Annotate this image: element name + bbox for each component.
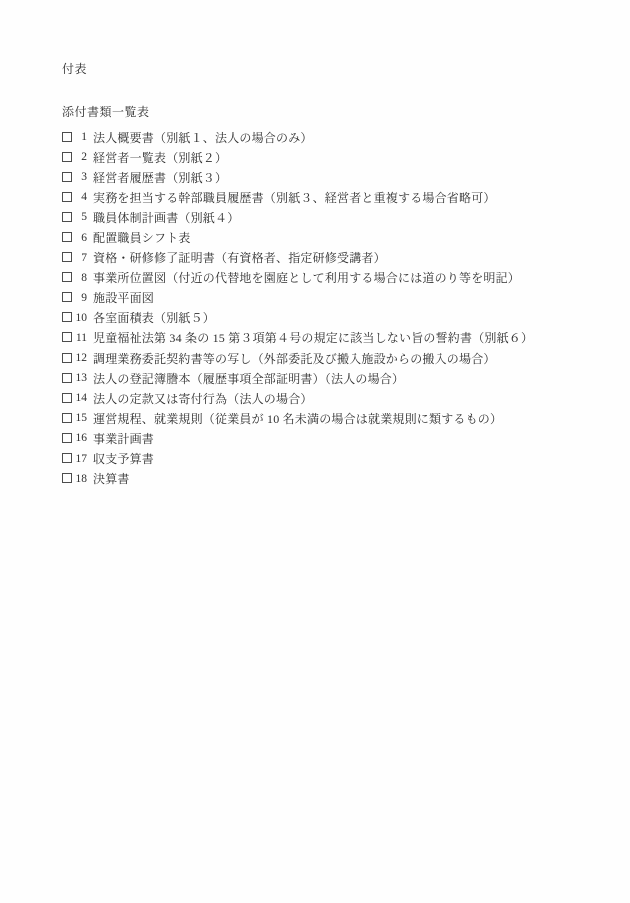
checkbox-icon [62,312,72,322]
checklist-item: 9 施設平面図 [62,288,610,308]
document-body: 付表 添付書類一覧表 1 法人概要書（別紙１、法人の場合のみ） 2 経営者一覧表… [62,62,610,489]
item-text: 実務を担当する幹部職員履歴書（別紙３、経営者と重複する場合省略可） [87,189,496,206]
checkbox-icon [62,453,72,463]
checkbox-icon [62,353,72,363]
checklist-item: 1 法人概要書（別紙１、法人の場合のみ） [62,127,610,147]
checkbox-icon [62,252,72,262]
checkbox-icon [62,332,72,342]
checklist-item: 13 法人の登記簿謄本（履歴事項全部証明書）（法人の場合） [62,368,610,388]
item-text: 配置職員シフト表 [87,229,191,246]
checklist-item: 3 経営者履歴書（別紙３） [62,167,610,187]
checklist-item: 12 調理業務委託契約書等の写し（外部委託及び搬入施設からの搬入の場合） [62,348,610,368]
item-number: 2 [72,151,87,163]
checklist-item: 18 決算書 [62,469,610,489]
item-text: 収支予算書 [87,450,154,467]
checkbox-icon [62,473,72,483]
checkbox-icon [62,413,72,423]
checklist-item: 5 職員体制計画書（別紙４） [62,207,610,227]
checkbox-icon [62,272,72,282]
item-text: 運営規程、就業規則（従業員が 10 名未満の場合は就業規則に類するもの） [87,410,502,427]
item-text: 決算書 [87,470,130,487]
checklist-item: 6 配置職員シフト表 [62,227,610,247]
checklist-item: 8 事業所位置図（付近の代替地を園庭として利用する場合には道のり等を明記） [62,268,610,288]
checklist-item: 15 運営規程、就業規則（従業員が 10 名未満の場合は就業規則に類するもの） [62,408,610,428]
checklist-item: 2 経営者一覧表（別紙２） [62,147,610,167]
item-number: 3 [72,171,87,183]
item-number: 18 [72,473,87,485]
checkbox-icon [62,152,72,162]
item-number: 14 [72,392,87,404]
item-number: 10 [72,312,87,324]
checkbox-icon [62,192,72,202]
item-text: 経営者一覧表（別紙２） [87,149,227,166]
checklist-item: 17 収支予算書 [62,449,610,469]
item-number: 9 [72,292,87,304]
checklist-item: 14 法人の定款又は寄付行為（法人の場合） [62,388,610,408]
item-text: 各室面積表（別紙５） [87,309,215,326]
checklist-item: 16 事業計画書 [62,428,610,448]
checkbox-icon [62,292,72,302]
item-text: 経営者履歴書（別紙３） [87,169,227,186]
item-number: 7 [72,252,87,264]
checkbox-icon [62,232,72,242]
page-title: 付表 [62,62,610,77]
checklist-item: 4 実務を担当する幹部職員履歴書（別紙３、経営者と重複する場合省略可） [62,187,610,207]
item-number: 8 [72,272,87,284]
item-text: 職員体制計画書（別紙４） [87,209,239,226]
item-text: 法人の定款又は寄付行為（法人の場合） [87,390,313,407]
checklist-item: 11 児童福祉法第 34 条の 15 第３項第４号の規定に該当しない旨の誓約書（… [62,328,610,348]
item-number: 17 [72,453,87,465]
item-text: 調理業務委託契約書等の写し（外部委託及び搬入施設からの搬入の場合） [87,350,496,367]
item-text: 事業所位置図（付近の代替地を園庭として利用する場合には道のり等を明記） [87,269,520,286]
checklist-item: 7 資格・研修修了証明書（有資格者、指定研修受講者） [62,248,610,268]
attachment-checklist: 1 法人概要書（別紙１、法人の場合のみ） 2 経営者一覧表（別紙２） 3 経営者… [62,127,610,489]
checkbox-icon [62,172,72,182]
item-number: 1 [72,131,87,143]
item-text: 施設平面図 [87,289,154,306]
item-text: 法人概要書（別紙１、法人の場合のみ） [87,129,313,146]
item-number: 4 [72,191,87,203]
checkbox-icon [62,373,72,383]
item-text: 事業計画書 [87,430,154,447]
checklist-item: 10 各室面積表（別紙５） [62,308,610,328]
item-number: 15 [72,412,87,424]
document-page: 付表 添付書類一覧表 1 法人概要書（別紙１、法人の場合のみ） 2 経営者一覧表… [0,0,630,903]
item-text: 資格・研修修了証明書（有資格者、指定研修受講者） [87,249,386,266]
attachment-list-title: 添付書類一覧表 [62,105,610,120]
checkbox-icon [62,212,72,222]
checkbox-icon [62,132,72,142]
item-number: 6 [72,232,87,244]
item-number: 12 [72,352,87,364]
checkbox-icon [62,393,72,403]
item-number: 13 [72,372,87,384]
item-number: 11 [72,332,87,344]
item-text: 法人の登記簿謄本（履歴事項全部証明書）（法人の場合） [87,370,404,387]
item-text: 児童福祉法第 34 条の 15 第３項第４号の規定に該当しない旨の誓約書（別紙６… [87,329,533,346]
item-number: 16 [72,432,87,444]
item-number: 5 [72,211,87,223]
checkbox-icon [62,433,72,443]
